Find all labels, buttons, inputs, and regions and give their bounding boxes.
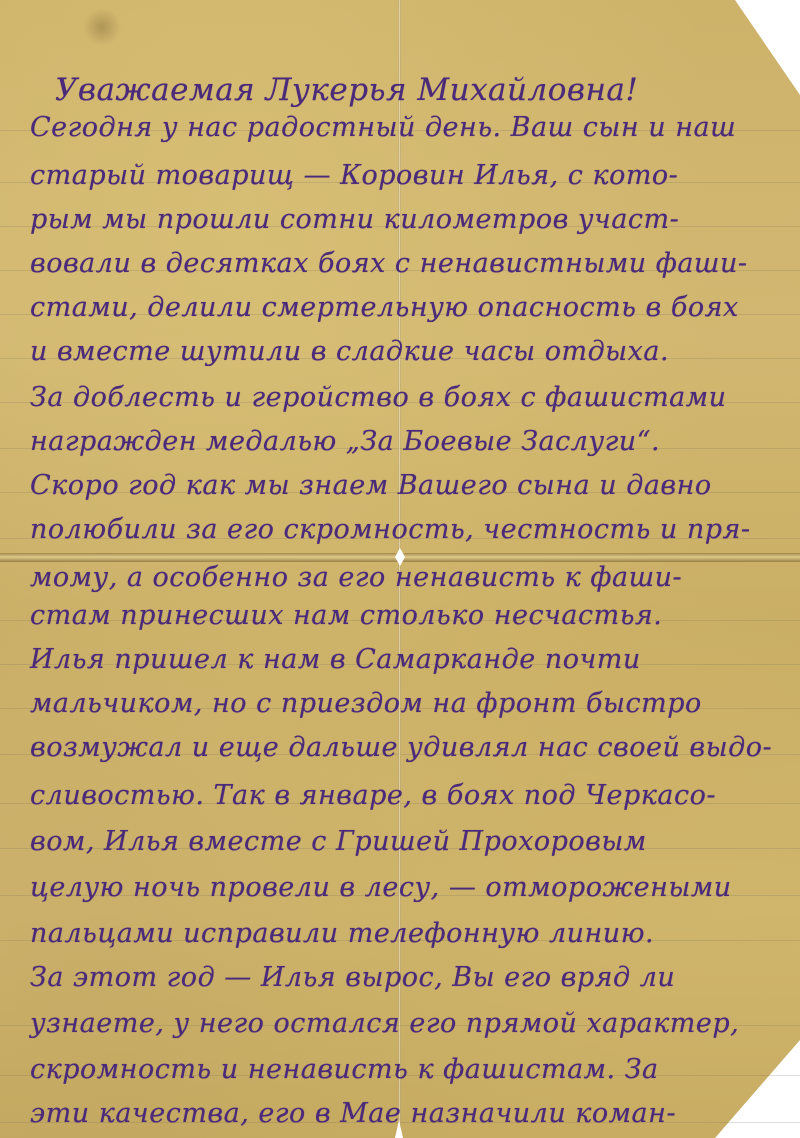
letter-line: полюбили за его скромность, честность и … — [30, 514, 790, 545]
letter-line: Скоро год как мы знаем Вашего сына и дав… — [30, 470, 790, 501]
letter-line: скромность и ненависть к фашистам. За — [30, 1054, 790, 1085]
letter-line: стами, делили смертельную опасность в бо… — [30, 292, 790, 323]
letter-text: Уважаемая Лукерья Михайловна! Сегодня у … — [0, 0, 800, 1138]
letter-line: целую ночь провели в лесу, — отмороженым… — [30, 872, 790, 903]
letter-line: старый товарищ — Коровин Илья, с кото- — [30, 160, 790, 191]
letter-line: вом, Илья вместе с Гришей Прохоровым — [30, 826, 790, 857]
letter-line: пальцами исправили телефонную линию. — [30, 918, 790, 949]
letter-line: возмужал и еще дальше удивлял нас своей … — [30, 732, 790, 763]
letter-line: мому, а особенно за его ненависть к фаши… — [30, 562, 790, 593]
letter-line: награжден медалью „За Боевые Заслуги“. — [30, 426, 790, 457]
letter-line: За этот год — Илья вырос, Вы его вряд ли — [30, 962, 790, 993]
letter-line: эти качества, его в Мае назначили коман- — [30, 1098, 790, 1129]
letter-line: и вместе шутили в сладкие часы отдыха. — [30, 336, 790, 367]
letter-line: узнаете, у него остался его прямой харак… — [30, 1008, 790, 1039]
letter-line: мальчиком, но с приездом на фронт быстро — [30, 688, 790, 719]
letter-line: сливостью. Так в январе, в боях под Черк… — [30, 780, 790, 811]
salutation: Уважаемая Лукерья Михайловна! — [55, 72, 800, 108]
letter-line: Илья пришел к нам в Самарканде почти — [30, 644, 790, 675]
letter-line: За доблесть и геройство в боях с фашиста… — [30, 382, 790, 413]
letter-line: стам принесших нам столько несчастья. — [30, 600, 790, 631]
letter-line: вовали в десятках боях с ненавистными фа… — [30, 248, 790, 279]
letter-line: Сегодня у нас радостный день. Ваш сын и … — [30, 112, 790, 143]
letter-line: рым мы прошли сотни километров участ- — [30, 204, 790, 235]
